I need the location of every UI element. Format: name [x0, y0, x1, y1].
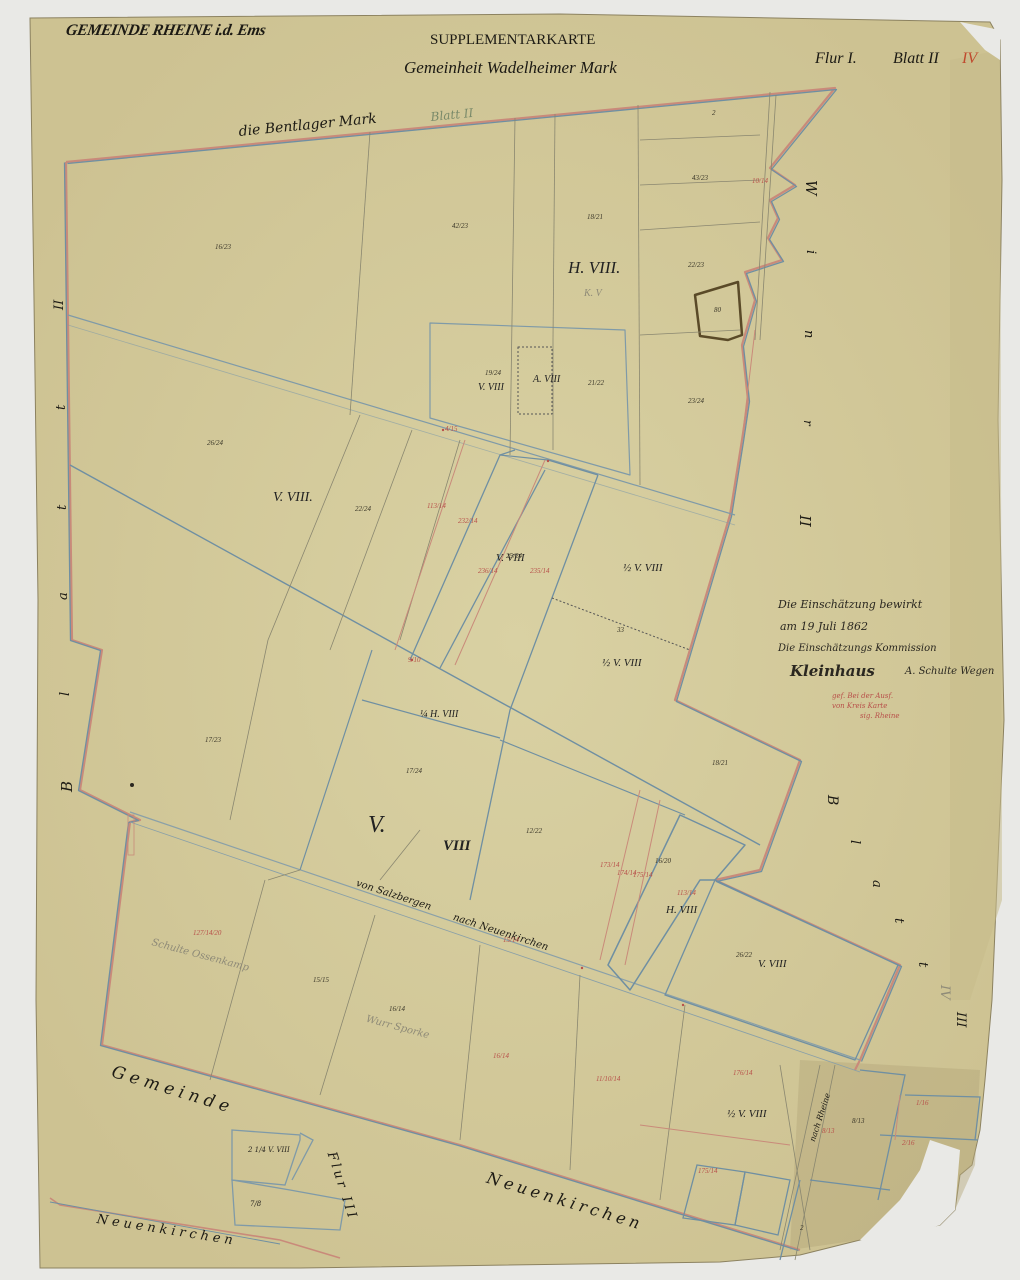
parcel-number: 15/15: [313, 977, 329, 984]
parcel-number: 16/14: [493, 1053, 509, 1060]
east-letter-r: r: [801, 420, 815, 426]
parcel-number: 16/20: [655, 858, 671, 865]
signature-1: Kleinhaus: [790, 662, 875, 680]
map-sheet: GEMEINDE RHEINE i.d. Ems SUPPLEMENTARKAR…: [0, 0, 1020, 1280]
east-letter-IV: IV: [937, 985, 952, 1000]
parcel-number: 4/15: [445, 426, 457, 433]
parcel-number: 11/10/14: [596, 1076, 620, 1083]
class-mark-h-viii-se: H. VIII: [666, 904, 697, 916]
road-parcel-number: 15/14: [503, 937, 519, 944]
east-letter-B2: B: [824, 795, 840, 805]
west-letter-a: a: [56, 592, 71, 600]
class-mark-vviii-west: V. VIII.: [273, 490, 313, 506]
parcel-number: 175/14: [698, 1168, 717, 1175]
certification-line-3: Die Einschätzungs Kommission: [778, 643, 937, 654]
parcel-number: 25/24: [506, 553, 522, 560]
parcel-number: 12/22: [526, 828, 542, 835]
parcel-number: 22/23: [688, 262, 704, 269]
south-class-note-2: 7/8: [250, 1200, 261, 1208]
parcel-number: 17/24: [406, 768, 422, 775]
east-letter-II: II: [796, 515, 814, 527]
parcel-number: 33: [617, 627, 624, 634]
south-class-note: 2 1/4 V. VIII: [248, 1146, 290, 1154]
certification-line-1: Die Einschätzung bewirkt: [778, 598, 922, 611]
east-letter-i: i: [803, 250, 818, 254]
parcel-number: 2: [800, 1225, 804, 1232]
red-note-3: sig. Rheine: [860, 712, 900, 720]
parcel-number: 2: [712, 110, 716, 117]
parcel-number: 2/16: [902, 1140, 914, 1147]
east-letter-n: n: [801, 330, 816, 338]
parcel-number: 8/13: [852, 1118, 864, 1125]
parcel-number: 43/23: [692, 175, 708, 182]
class-mark-v-viii-south: ½ V. VIII: [727, 1108, 767, 1120]
parcel-number: 18/21: [587, 214, 603, 221]
class-mark-v-large: V.: [368, 812, 386, 839]
parcel-number: 113/14: [427, 503, 446, 510]
municipality-title: GEMEINDE RHEINE i.d. Ems: [64, 22, 266, 40]
west-letter-B: B: [58, 781, 76, 792]
red-note-1: gef. Bei der Ausf.: [832, 692, 893, 700]
blatt-label: Blatt II: [893, 50, 939, 68]
parcel-number: 16/14: [389, 1006, 405, 1013]
parcel-number: 236/14: [478, 568, 497, 575]
class-mark-half-v-viii-1: ½ V. VIII: [623, 562, 663, 574]
west-letter-t2: t: [55, 505, 70, 510]
parcel-number: 42/23: [452, 223, 468, 230]
parcel-number: 17/23: [205, 737, 221, 744]
parcel-number: 21/22: [588, 380, 604, 387]
west-letter-t1: t: [54, 405, 69, 410]
class-mark-aviii-upper: A. VIII: [533, 374, 560, 385]
class-mark-v-viii-se: V. VIII: [758, 958, 787, 970]
map-title: SUPPLEMENTARKARTE: [430, 32, 595, 49]
parcel-number: 1/16: [916, 1100, 928, 1107]
class-mark-vviii-upper: V. VIII: [478, 382, 504, 393]
class-mark-viii-large: VIII: [443, 838, 471, 855]
class-mark-half-v-viii-2: ½ V. VIII: [602, 657, 642, 669]
east-letter-a2: a: [869, 880, 884, 888]
flur-label: Flur I.: [815, 50, 857, 68]
certification-line-2: am 19 Juli 1862: [780, 620, 868, 633]
parcel-number: 175/14: [633, 872, 652, 879]
parcel-number: 18/21: [712, 760, 728, 767]
class-mark-hviii-north: H. VIII.: [568, 258, 620, 278]
east-letter-W: W: [802, 180, 820, 195]
signature-2: A. Schulte Wegen: [905, 666, 994, 677]
parcel-number: 173/14: [600, 862, 619, 869]
red-note-2: von Kreis Karte: [832, 702, 887, 710]
parcel-number: 127/14/20: [193, 930, 221, 937]
parcel-number: 232/14: [458, 518, 477, 525]
parcel-number: 113/14: [677, 890, 696, 897]
east-letter-l2: l: [847, 840, 862, 844]
class-mark-kv: K. V: [584, 288, 602, 299]
east-road-parcel: 8/13: [822, 1128, 834, 1135]
parcel-number: 16/23: [215, 244, 231, 251]
parcel-number: 22/24: [355, 506, 371, 513]
parcel-number: 235/14: [530, 568, 549, 575]
west-letter-l: l: [58, 692, 73, 696]
parcel-number: 26/22: [736, 952, 752, 959]
parcel-number: 19/24: [485, 370, 501, 377]
parcel-number: 9/10: [408, 657, 420, 664]
parcel-number: 80: [714, 307, 721, 314]
east-letter-t3: t: [891, 918, 906, 923]
parcel-number: 26/24: [207, 440, 223, 447]
parcel-number: 23/24: [688, 398, 704, 405]
parcel-number: 176/14: [733, 1070, 752, 1077]
east-letter-t4: t: [915, 962, 930, 967]
west-letter-II: II: [52, 300, 67, 310]
east-letter-III: III: [953, 1012, 968, 1027]
class-mark-quarter-h-viii: ¼ H. VIII: [420, 709, 458, 720]
parcel-number: 10/14: [752, 178, 768, 185]
blatt-correction: IV: [962, 50, 977, 68]
map-subtitle: Gemeinheit Wadelheimer Mark: [404, 58, 617, 78]
